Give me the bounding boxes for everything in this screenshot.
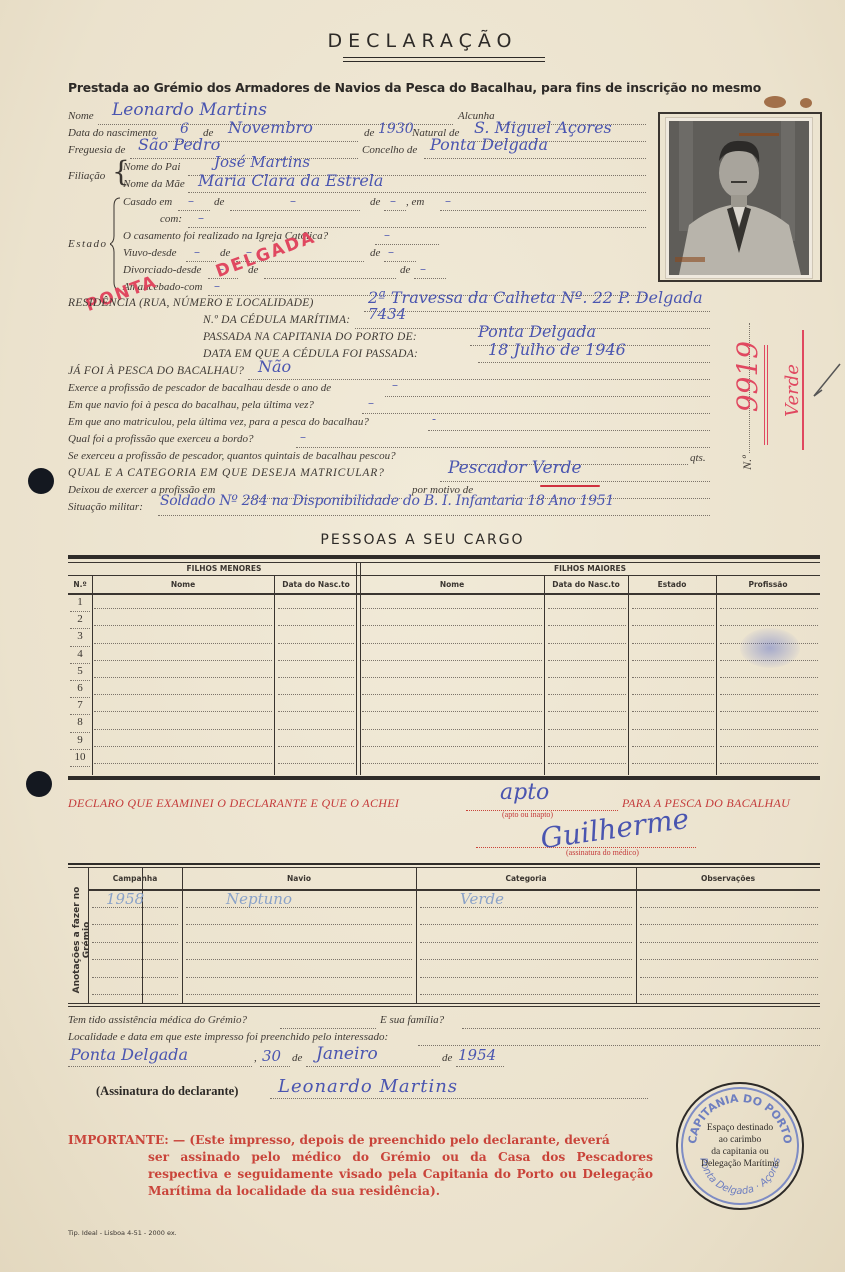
col-nasc-maiores: Data do Nasc.to xyxy=(544,580,628,589)
annotation-cell-field[interactable] xyxy=(186,959,412,960)
col-nome-maiores: Nome xyxy=(360,580,544,589)
field-line xyxy=(218,141,358,142)
navio-label: Em que navio foi à pesca do bacalhau, pe… xyxy=(68,399,314,411)
dependent-cell-field[interactable] xyxy=(278,660,354,661)
annotation-cell-field[interactable] xyxy=(640,959,818,960)
dependent-cell-field[interactable] xyxy=(548,608,626,609)
dependent-cell-field[interactable] xyxy=(632,763,714,764)
dependent-cell-field[interactable] xyxy=(548,625,626,626)
capitania-value[interactable]: Ponta Delgada xyxy=(478,322,596,341)
row-line xyxy=(70,714,90,715)
dependent-cell-field[interactable] xyxy=(278,763,354,764)
registry-no-label: N.º xyxy=(740,455,755,470)
dependent-cell-field[interactable] xyxy=(548,694,626,695)
categoria-label: QUAL E A CATEGORIA EM QUE DESEJA MATRICU… xyxy=(68,467,385,479)
table-top-rule xyxy=(68,555,820,559)
de-label: de xyxy=(370,247,380,259)
dependent-cell-field[interactable] xyxy=(720,608,818,609)
punch-hole-top xyxy=(28,468,54,494)
group-filhos-maiores: FILHOS MAIORES xyxy=(360,564,820,573)
ja-foi-value[interactable]: Não xyxy=(258,357,291,376)
row-number: 7 xyxy=(68,699,92,711)
field-line xyxy=(68,1066,252,1067)
col-categoria: Categoria xyxy=(416,874,636,883)
day-value[interactable]: 30 xyxy=(262,1047,281,1065)
declarante-signature[interactable]: Leonardo Martins xyxy=(278,1076,458,1097)
casado-day[interactable]: – xyxy=(188,194,194,208)
page-subtitle: Prestada ao Grémio dos Armadores de Navi… xyxy=(68,80,761,95)
field-line xyxy=(440,210,646,211)
dependent-cell-field[interactable] xyxy=(548,677,626,678)
dependent-cell-field[interactable] xyxy=(362,694,542,695)
annotation-cell-field[interactable] xyxy=(640,994,818,995)
comma: , xyxy=(254,1052,257,1064)
seal-line: Espaço destinado xyxy=(678,1122,802,1134)
col-divider xyxy=(92,575,93,775)
field-line xyxy=(375,244,439,245)
dependent-cell-field[interactable] xyxy=(632,711,714,712)
dependent-cell-field[interactable] xyxy=(94,677,272,678)
com-value[interactable]: – xyxy=(198,211,204,225)
mae-value[interactable]: Maria Clara da Estrela xyxy=(198,171,383,190)
ja-foi-label: JÁ FOI À PESCA DO BACALHAU? xyxy=(68,365,244,377)
quintais-label: Se exerceu a profissão de pescador, quan… xyxy=(68,450,396,462)
dependent-cell-field[interactable] xyxy=(720,625,818,626)
militar-value[interactable]: Soldado Nº 284 na Disponibilidade do B. … xyxy=(160,493,614,509)
col-navio: Navio xyxy=(182,874,416,883)
dependent-cell-field[interactable] xyxy=(632,677,714,678)
check-mark-icon xyxy=(812,360,842,400)
annotations-top-rule xyxy=(68,863,820,865)
group-filhos-menores: FILHOS MENORES xyxy=(92,564,356,573)
field-line xyxy=(440,481,710,482)
igreja-value[interactable]: – xyxy=(384,228,390,242)
data-cedula-value[interactable]: 18 Julho de 1946 xyxy=(488,340,626,359)
categoria-value[interactable]: Pescador Verde xyxy=(448,458,582,478)
dependent-cell-field[interactable] xyxy=(632,643,714,644)
annotation-cell-field[interactable] xyxy=(186,907,412,908)
important-notice: IMPORTANTE: — (Este impresso, depois de … xyxy=(68,1132,653,1200)
dependent-cell-field[interactable] xyxy=(278,608,354,609)
row-line xyxy=(70,611,90,612)
dependent-cell-field[interactable] xyxy=(362,677,542,678)
registry-category: Verde xyxy=(782,364,803,417)
rule xyxy=(68,562,820,563)
dependent-cell-field[interactable] xyxy=(720,677,818,678)
declaro-label: DECLARO QUE EXAMINEI O DECLARANTE E QUE … xyxy=(68,796,399,811)
dependent-cell-field[interactable] xyxy=(362,711,542,712)
residencia-label: RESIDÊNCIA (RUA, NÚMERO E LOCALIDADE) xyxy=(68,297,314,309)
annotation-cell-field[interactable] xyxy=(640,942,818,943)
registry-red-rule xyxy=(767,345,768,445)
rust-stain xyxy=(800,98,812,108)
dependent-cell-field[interactable] xyxy=(278,643,354,644)
document-page: DECLARAÇÃO Prestada ao Grémio dos Armado… xyxy=(0,0,845,1272)
col-campanha: Campanha xyxy=(88,874,182,883)
annotation-cell-field[interactable] xyxy=(420,924,632,925)
field-line xyxy=(384,261,416,262)
rule xyxy=(68,575,820,576)
col-divider xyxy=(356,562,361,775)
dependent-cell-field[interactable] xyxy=(632,625,714,626)
cedula-value[interactable]: 7434 xyxy=(368,305,406,323)
row-line xyxy=(70,663,90,664)
rule xyxy=(68,593,820,595)
ink-smudge xyxy=(740,628,800,668)
seal-line: ao carimbo xyxy=(678,1134,802,1146)
field-line xyxy=(186,261,216,262)
dependent-cell-field[interactable] xyxy=(362,729,542,730)
row-number: 6 xyxy=(68,682,92,694)
dependent-cell-field[interactable] xyxy=(548,729,626,730)
row-line xyxy=(70,749,90,750)
row-number: 10 xyxy=(68,751,92,763)
dependent-cell-field[interactable] xyxy=(94,729,272,730)
field-line xyxy=(230,210,360,211)
row-number: 5 xyxy=(68,665,92,677)
field-line xyxy=(178,210,210,211)
mae-label: Nome da Mãe xyxy=(123,178,185,190)
col-estado: Estado xyxy=(628,580,716,589)
dependent-cell-field[interactable] xyxy=(720,729,818,730)
col-divider xyxy=(636,867,637,1003)
dependent-cell-field[interactable] xyxy=(94,694,272,695)
dependent-cell-field[interactable] xyxy=(278,694,354,695)
ano-value[interactable]: - xyxy=(432,412,436,426)
important-body: ser assinado pelo médico do Grémio ou da… xyxy=(68,1149,653,1200)
dependent-cell-field[interactable] xyxy=(362,746,542,747)
dependent-cell-field[interactable] xyxy=(278,677,354,678)
rule xyxy=(68,1006,820,1007)
nascimento-month[interactable]: Novembro xyxy=(228,118,313,137)
row-number: 4 xyxy=(68,648,92,660)
desde-label: Exerce a profissão de pescador de bacalh… xyxy=(68,382,331,394)
row-number: 3 xyxy=(68,630,92,642)
dependent-cell-field[interactable] xyxy=(632,694,714,695)
dependent-cell-field[interactable] xyxy=(278,711,354,712)
seal-text: Espaço destinado ao carimbo da capitania… xyxy=(678,1122,802,1170)
categoria-red-underline xyxy=(540,485,600,487)
col-profissao: Profissão xyxy=(716,580,820,589)
rule xyxy=(68,1003,820,1004)
field-line xyxy=(296,447,710,448)
navio-value[interactable]: – xyxy=(368,396,374,410)
apto-value[interactable]: apto xyxy=(500,780,549,805)
dependent-cell-field[interactable] xyxy=(548,763,626,764)
annotation-cell-field[interactable] xyxy=(640,924,818,925)
field-line xyxy=(428,430,710,431)
annotations-side-label: Anotações a fazer no Grémio xyxy=(72,870,92,1010)
dependent-cell-field[interactable] xyxy=(632,660,714,661)
dependent-cell-field[interactable] xyxy=(720,746,818,747)
dependent-cell-field[interactable] xyxy=(278,746,354,747)
pai-label: Nome do Pai xyxy=(123,161,180,173)
assinatura-medico-hint: (assinatura do médico) xyxy=(566,848,639,857)
col-divider xyxy=(716,575,717,775)
qts-label: qts. xyxy=(690,452,706,464)
col-numero: N.º xyxy=(68,580,92,589)
col-divider xyxy=(544,575,545,775)
assinatura-label: (Assinatura do declarante) xyxy=(96,1084,238,1099)
portrait-photo xyxy=(666,118,812,278)
annotation-cell-field[interactable] xyxy=(92,942,178,943)
com-label: com: xyxy=(160,213,182,225)
col-nome-menores: Nome xyxy=(92,580,274,589)
desde-value[interactable]: – xyxy=(392,378,398,392)
row-line xyxy=(70,697,90,698)
row-line xyxy=(70,646,90,647)
annotation-cell-field[interactable] xyxy=(186,924,412,925)
local-value[interactable]: Ponta Delgada xyxy=(70,1045,188,1064)
profissao-label: Qual foi a profissão que exerceu a bordo… xyxy=(68,433,253,445)
row-number: 2 xyxy=(68,613,92,625)
data-cedula-label: DATA EM QUE A CÉDULA FOI PASSADA: xyxy=(203,348,418,360)
rule xyxy=(88,889,820,891)
de-label: de xyxy=(442,1052,452,1064)
concelho-value[interactable]: Ponta Delgada xyxy=(430,135,548,154)
divorciado-year[interactable]: – xyxy=(420,262,426,276)
divorciado-label: Divorciado-desde xyxy=(123,264,201,276)
annotation-cell-field[interactable] xyxy=(92,924,178,925)
dependent-cell-field[interactable] xyxy=(632,746,714,747)
de-label: de xyxy=(400,264,410,276)
familia-label: E sua família? xyxy=(380,1014,444,1026)
field-line xyxy=(158,515,710,516)
dependent-cell-field[interactable] xyxy=(548,711,626,712)
dependent-cell-field[interactable] xyxy=(362,660,542,661)
estado-label: Estado xyxy=(68,238,108,250)
dependent-cell-field[interactable] xyxy=(94,608,272,609)
annotation-navio-value: Neptuno xyxy=(226,890,292,908)
rule xyxy=(68,867,820,868)
viuvo-day[interactable]: – xyxy=(194,245,200,259)
col-divider xyxy=(274,575,275,775)
estado-brace xyxy=(110,196,122,292)
field-line xyxy=(384,210,406,211)
militar-label: Situação militar: xyxy=(68,501,143,513)
annotation-campanha-value: 1958 xyxy=(106,890,144,908)
dependent-cell-field[interactable] xyxy=(94,643,272,644)
dependent-cell-field[interactable] xyxy=(720,763,818,764)
dependent-cell-field[interactable] xyxy=(548,643,626,644)
nome-label: Nome xyxy=(68,110,94,122)
pai-value[interactable]: José Martins xyxy=(214,153,310,171)
annotation-cell-field[interactable] xyxy=(420,994,632,995)
dependent-cell-field[interactable] xyxy=(94,660,272,661)
field-line xyxy=(260,1066,290,1067)
annotation-cell-field[interactable] xyxy=(640,977,818,978)
row-number: 1 xyxy=(68,596,92,608)
annotation-cell-field[interactable] xyxy=(640,907,818,908)
profissao-value[interactable]: – xyxy=(300,430,306,444)
field-line xyxy=(280,1028,376,1029)
dependent-cell-field[interactable] xyxy=(94,711,272,712)
assistencia-label: Tem tido assistência médica do Grémio? xyxy=(68,1014,247,1026)
dependent-cell-field[interactable] xyxy=(94,625,272,626)
nascimento-year[interactable]: 1930 xyxy=(378,121,414,137)
casado-year[interactable]: – xyxy=(390,194,396,208)
dependent-cell-field[interactable] xyxy=(278,729,354,730)
col-divider xyxy=(88,867,89,1003)
capitania-seal: CAPITANIA DO PORTO Ponta Delgada · Açore… xyxy=(676,1082,804,1210)
annotation-cell-field[interactable] xyxy=(420,977,632,978)
field-line xyxy=(478,362,710,363)
field-line xyxy=(306,1066,440,1067)
seal-line: Delegação Marítima xyxy=(678,1158,802,1170)
dependent-cell-field[interactable] xyxy=(548,660,626,661)
localidade-label: Localidade e data em que este impresso f… xyxy=(68,1031,388,1043)
dependent-cell-field[interactable] xyxy=(94,746,272,747)
annotation-cell-field[interactable] xyxy=(420,907,632,908)
annotation-cell-field[interactable] xyxy=(420,959,632,960)
field-line xyxy=(424,158,646,159)
field-line xyxy=(364,311,710,312)
annotation-cell-field[interactable] xyxy=(92,994,178,995)
annotation-cell-field[interactable] xyxy=(186,977,412,978)
month-value[interactable]: Janeiro xyxy=(316,1044,378,1064)
field-line xyxy=(462,1028,820,1029)
col-observacoes: Observações xyxy=(636,874,820,883)
year-value[interactable]: 1954 xyxy=(458,1046,496,1064)
field-line xyxy=(188,192,646,193)
row-line xyxy=(70,680,90,681)
filiacao-label: Filiação xyxy=(68,170,105,182)
capitania-label: PASSADA NA CAPITANIA DO PORTO DE: xyxy=(203,331,417,343)
casado-month[interactable]: – xyxy=(290,194,296,208)
title-underline xyxy=(343,57,545,62)
page-title: DECLARAÇÃO xyxy=(0,30,845,52)
ano-label: Em que ano matriculou, pela última vez, … xyxy=(68,416,369,428)
concelho-label: Concelho de xyxy=(362,144,417,156)
nome-value[interactable]: Leonardo Martins xyxy=(112,100,267,120)
casado-place[interactable]: – xyxy=(445,194,451,208)
row-number: 9 xyxy=(68,734,92,746)
field-line xyxy=(362,413,710,414)
field-line xyxy=(270,1098,648,1099)
field-line xyxy=(414,278,446,279)
viuvo-label: Viuvo-desde xyxy=(123,247,177,259)
row-line xyxy=(70,628,90,629)
portrait-icon xyxy=(669,121,809,275)
em-label: , em xyxy=(406,196,424,208)
field-line xyxy=(188,227,646,228)
apto-hint: (apto ou inapto) xyxy=(502,810,553,819)
dependent-cell-field[interactable] xyxy=(632,729,714,730)
dependents-title: PESSOAS A SEU CARGO xyxy=(0,532,845,548)
annotation-cell-field[interactable] xyxy=(420,942,632,943)
col-nasc-menores: Data do Nasc.to xyxy=(275,580,357,589)
dependent-cell-field[interactable] xyxy=(720,694,818,695)
table-bottom-rule xyxy=(68,776,820,780)
field-line xyxy=(385,396,710,397)
dependent-cell-field[interactable] xyxy=(548,746,626,747)
annotation-cell-field[interactable] xyxy=(92,959,178,960)
annotation-cell-field[interactable] xyxy=(186,942,412,943)
col-divider xyxy=(628,575,629,775)
annotation-cell-field[interactable] xyxy=(186,994,412,995)
cedula-label: N.º DA CÉDULA MARÍTIMA: xyxy=(203,314,350,326)
printer-note: Tip. Ideal - Lisboa 4-51 - 2000 ex. xyxy=(68,1229,177,1237)
annotation-cell-field[interactable] xyxy=(92,977,178,978)
row-number: 8 xyxy=(68,716,92,728)
row-line xyxy=(70,766,90,767)
registry-red-rule xyxy=(764,345,765,445)
de-label: de xyxy=(370,196,380,208)
field-line xyxy=(456,1066,504,1067)
casado-label: Casado em xyxy=(123,196,172,208)
field-line xyxy=(264,278,396,279)
seal-line: da capitania ou xyxy=(678,1146,802,1158)
important-lead: IMPORTANTE: — (Este impresso, depois de … xyxy=(68,1133,610,1147)
de-label: de xyxy=(364,127,374,139)
col-divider xyxy=(142,867,143,1003)
dependent-cell-field[interactable] xyxy=(362,625,542,626)
dependent-cell-field[interactable] xyxy=(94,763,272,764)
col-divider xyxy=(182,867,183,1003)
col-divider xyxy=(416,867,417,1003)
dependent-cell-field[interactable] xyxy=(362,608,542,609)
rust-stain xyxy=(764,96,786,108)
residencia-value[interactable]: 2ª Travessa da Calheta Nº. 22 P. Delgada xyxy=(368,288,703,307)
dependent-cell-field[interactable] xyxy=(720,711,818,712)
freguesia-value[interactable]: São Pedro xyxy=(138,135,220,154)
registry-number[interactable]: 9919 xyxy=(731,341,764,412)
viuvo-year[interactable]: – xyxy=(388,245,394,259)
row-line xyxy=(70,732,90,733)
de-label: de xyxy=(214,196,224,208)
dependent-cell-field[interactable] xyxy=(362,643,542,644)
de-label: de xyxy=(292,1052,302,1064)
field-line xyxy=(248,379,710,380)
punch-hole-bottom xyxy=(26,771,52,797)
annotation-categoria-value: Verde xyxy=(460,890,504,908)
dependent-cell-field[interactable] xyxy=(632,608,714,609)
dependent-cell-field[interactable] xyxy=(362,763,542,764)
dependent-cell-field[interactable] xyxy=(278,625,354,626)
